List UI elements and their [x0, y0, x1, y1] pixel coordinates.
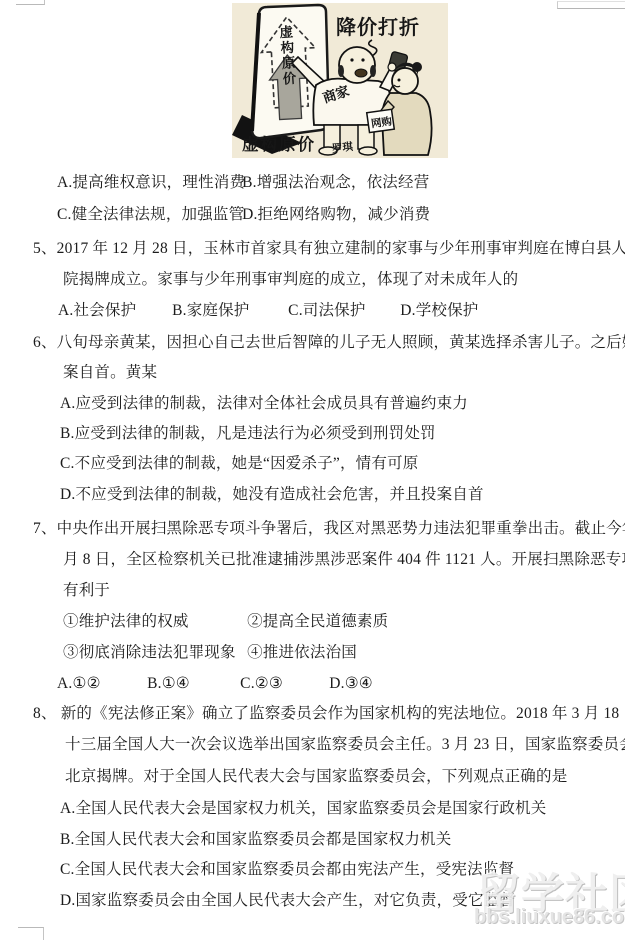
- cartoon-caption: 虚构原价: [242, 131, 316, 155]
- question8-stem-line-1: 8、 新的《宪法修正案》确立了监察委员会作为国家机构的宪法地位。2018 年 3…: [33, 705, 625, 724]
- option-a: A.社会保护: [58, 302, 168, 321]
- question8-option-c: C.全国人民代表大会和国家监察委员会都由宪法产生，受宪法监督: [60, 861, 514, 880]
- option-c: C.健全法律法规，加强监管: [57, 206, 238, 225]
- question7-options-row: A.①② B.①④ C.②③ D.③④: [57, 675, 373, 694]
- option-d: D.拒绝网络购物，减少消费: [242, 206, 430, 225]
- option-d: D.③④: [329, 675, 373, 694]
- page-corner-mark-top-right: [557, 1, 625, 9]
- question6-option-b: B.应受到法律的制裁，凡是违法行为必须受到刑罚处罚: [60, 425, 436, 444]
- option-a: A.提高维权意识，理性消费: [57, 174, 238, 193]
- question8-option-a: A.全国人民代表大会是国家权力机关，国家监察委员会是国家行政机关: [60, 800, 546, 819]
- option-b: B.家庭保护: [172, 302, 284, 321]
- option-c: C.②③: [240, 675, 325, 694]
- question6-option-d: D.不应受到法律的制裁，她没有造成社会危害，并且投案自首: [60, 486, 484, 505]
- question5-stem-line-1: 5、2017 年 12 月 28 日，玉林市首家具有独立建制的家事与少年刑事审判…: [33, 240, 625, 259]
- cartoon-bag-label: 网购: [370, 114, 393, 132]
- statement-3: ③彻底消除违法犯罪现象: [63, 644, 243, 663]
- question7-numbered-row-1: ①维护法律的权威 ②提高全民道德素质: [63, 613, 388, 632]
- question7-stem-line-1: 7、中央作出开展扫黑除恶专项斗争署后，我区对黑恶势力违法犯罪重拳出击。截止今年 …: [33, 520, 625, 539]
- editorial-cartoon: 降价打折 虚构原价 商家 网购 虚构原价 罗琪: [232, 3, 448, 158]
- cartoon-headline: 降价打折: [336, 11, 420, 40]
- question6-option-a: A.应受到法律的制裁，法律对全体社会成员具有普遍约束力: [60, 395, 468, 414]
- question8-stem-line-3: 北京揭牌。对于全国人民代表大会与国家监察委员会，下列观点正确的是: [65, 768, 567, 787]
- question6-stem-line-2: 案自首。黄某: [63, 364, 157, 383]
- question7-stem-line-3: 有利于: [63, 582, 110, 601]
- question4-options-row-2: C.健全法律法规，加强监管 D.拒绝网络购物，减少消费: [57, 206, 430, 225]
- statement-2: ②提高全民道德素质: [247, 613, 388, 632]
- question8-stem-line-2: 十三届全国人大一次会议选举出国家监察委员会主任。3 月 23 日，国家监察委员会…: [65, 736, 625, 755]
- site-watermark-url: bbs.liuxue86.com: [474, 906, 625, 929]
- question7-numbered-row-2: ③彻底消除违法犯罪现象 ④推进依法治国: [63, 644, 357, 663]
- question6-stem-line-1: 6、八旬母亲黄某，因担心自己去世后智障的儿子无人照顾，黄某选择杀害儿子。之后她投: [33, 334, 625, 353]
- option-d: D.学校保护: [400, 302, 478, 321]
- option-b: B.①④: [147, 675, 236, 694]
- page-corner-mark-top-left: [16, 0, 45, 5]
- exam-paper-page: 降价打折 虚构原价 商家 网购 虚构原价 罗琪 A.提高维权意识，理性消费 B.…: [0, 0, 625, 940]
- question8-option-d: D.国家监察委员会由全国人民代表大会产生，对它负责，受它监督: [60, 892, 515, 911]
- question7-stem-line-2: 月 8 日，全区检察机关已批准逮捕涉黑涉恶案件 404 件 1121 人。开展扫…: [63, 551, 625, 570]
- cartoon-artist-signature: 罗琪: [331, 139, 353, 156]
- option-a: A.①②: [57, 675, 143, 694]
- question4-options-row-1: A.提高维权意识，理性消费 B.增强法治观念，依法经营: [57, 174, 429, 193]
- option-b: B.增强法治观念，依法经营: [242, 174, 429, 193]
- question5-options-row: A.社会保护 B.家庭保护 C.司法保护 D.学校保护: [58, 302, 479, 321]
- question6-option-c: C.不应受到法律的制裁，她是“因爱杀子”，情有可原: [60, 455, 418, 474]
- option-c: C.司法保护: [288, 302, 396, 321]
- statement-1: ①维护法律的权威: [63, 613, 243, 632]
- question8-option-b: B.全国人民代表大会和国家监察委员会都是国家权力机关: [60, 831, 451, 850]
- question5-stem-line-2: 院揭牌成立。家事与少年刑事审判庭的成立，体现了对未成年人的: [63, 271, 518, 290]
- statement-4: ④推进依法治国: [247, 644, 357, 663]
- cartoon-sign-vertical-text: 虚构原价: [274, 24, 298, 87]
- page-corner-mark-bottom-left: [18, 927, 44, 940]
